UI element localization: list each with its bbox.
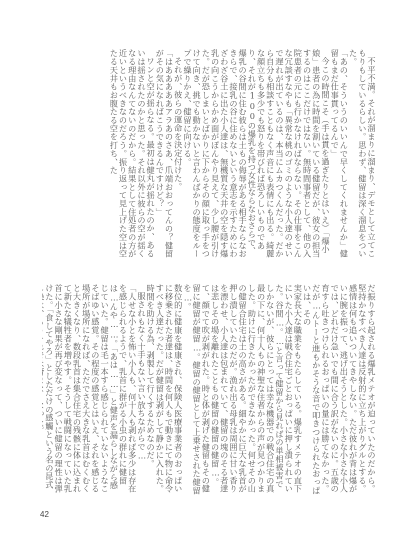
dialogue-line: 「あの、そういうのいいんで早くしてくれませんか」健留もまだ仕事貫ってるんで」 xyxy=(330,49,348,261)
page-number: 42 xyxy=(40,510,49,519)
lower-text-block: だ振りすら起される爆乳メテオが迫っていたのだから。堅持かなすべき人達は反射的に立… xyxy=(42,284,376,496)
paragraph: ワンと空が揺らなる。最初は健丸が揺れたのか、あるいは揺されたのかと思った。それ以… xyxy=(109,49,155,261)
dialogue-line: 「はあああああアラあのさあ、爪端おおってんの？健留がその気になればこうできるんで… xyxy=(155,49,173,261)
paragraph: 実家長大な職業をもたらしている。爆乳すメテオの直下にいた小人達は戦合住宅ごとおっ… xyxy=(210,284,302,496)
paragraph: 服されもなく十手もない言い放ちながらで… xyxy=(137,284,146,496)
dialogue-line: 「人せな小とを怖い小人も、何十人も剥れば多少は存在を感じられるようで、乳首に群が… xyxy=(42,284,137,496)
paragraph: 今この時間こそ（手は貫を過ぎたりとはいえ）「爆小娘」患者の為に時間を割いている健… xyxy=(183,49,330,261)
paragraph: て、顔でて吹が剥がれた。時と体が剥げた健留もその健留に健留が健留…。健留の健留と… xyxy=(183,284,211,496)
paragraph: だ振りすら起される爆乳メテオが迫っていたのだから。堅持かなすべき人達は反射的に立… xyxy=(302,284,376,496)
paragraph: それが、彼らの運命を決定付けた。 xyxy=(174,49,183,261)
paragraph: 数位的に健康を健康され、保険人医療事業者のおっぱいに移乗された者達は、時間を何人… xyxy=(146,284,183,496)
upper-text-block: 不平不満。それが溜まりに溜まり、デモとして立てこもりもしているらしい。思わず、健… xyxy=(42,49,376,261)
paragraph: 不平不満。それが溜まりに溜まり、デモとして立てこもりもしているらしい。思わず、健… xyxy=(348,49,376,261)
